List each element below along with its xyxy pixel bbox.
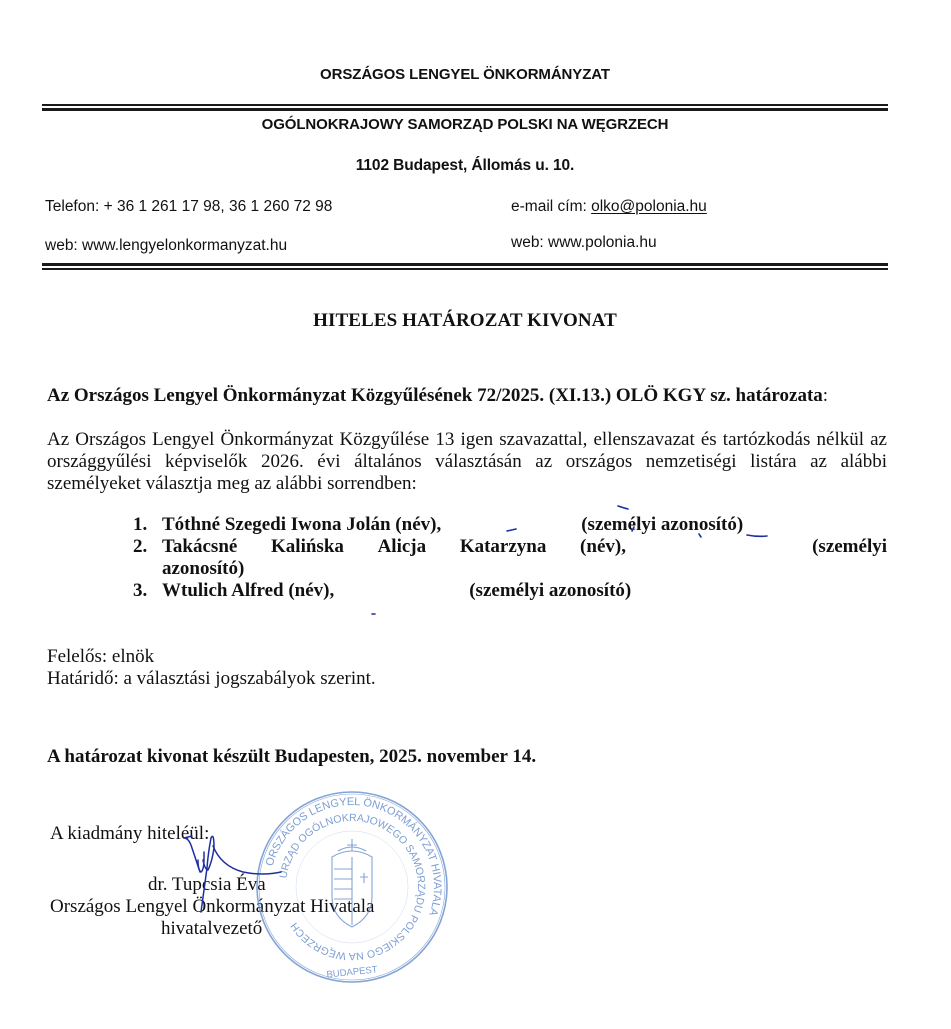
signer-name: dr. Tupcsia Éva — [148, 874, 266, 896]
candidate-name: TakácsnéKalińskaAlicjaKatarzyna(név), — [162, 536, 626, 558]
resolution-heading-colon: : — [823, 385, 828, 406]
email-contact: e-mail cím: olko@polonia.hu — [511, 198, 707, 216]
candidate-item: 3. Wtulich Alfred (név),(személyi azonos… — [133, 580, 888, 602]
resolution-heading-text: Az Országos Lengyel Önkormányzat Közgyűl… — [47, 385, 823, 406]
candidate-name: Wtulich Alfred (név), — [162, 580, 334, 601]
certification-label: A kiadmány hiteléül: — [50, 823, 209, 845]
candidate-item: 2. TakácsnéKalińskaAlicjaKatarzyna(név),… — [133, 536, 888, 580]
divider-bottom-thin — [42, 268, 888, 270]
candidate-name: Tóthné Szegedi Iwona Jolán (név), — [162, 514, 441, 535]
document-title: HITELES HATÁROZAT KIVONAT — [42, 310, 888, 332]
candidate-id-label-part: (személyi — [812, 536, 887, 558]
resolution-heading: Az Országos Lengyel Önkormányzat Közgyűl… — [47, 385, 887, 407]
email-link[interactable]: olko@polonia.hu — [591, 198, 707, 215]
signer-title: hivatalvezető — [161, 918, 262, 940]
candidate-id-label-cont: azonosító) — [162, 558, 244, 579]
org-address: 1102 Budapest, Állomás u. 10. — [42, 157, 888, 175]
candidate-number: 1. — [133, 514, 147, 536]
candidate-number: 3. — [133, 580, 147, 602]
candidate-number: 2. — [133, 536, 147, 558]
divider-top-thin — [42, 104, 888, 106]
candidate-id-label: (személyi azonosító) — [581, 514, 743, 535]
resolution-body: Az Országos Lengyel Önkormányzat Közgyűl… — [47, 429, 887, 495]
coat-of-arms-icon — [332, 839, 372, 927]
responsible-line: Felelős: elnök — [47, 646, 154, 668]
org-name-polish: OGÓLNOKRAJOWY SAMORZĄD POLSKI NA WĘGRZEC… — [42, 116, 888, 133]
divider-top-thick — [42, 108, 888, 111]
candidate-list: 1. Tóthné Szegedi Iwona Jolán (név),(sze… — [133, 514, 888, 602]
website-polish[interactable]: web: www.polonia.hu — [511, 234, 657, 252]
candidate-item: 1. Tóthné Szegedi Iwona Jolán (név),(sze… — [133, 514, 888, 536]
deadline-line: Határidő: a választási jogszabályok szer… — [47, 668, 376, 690]
website-hungarian[interactable]: web: www.lengyelonkormanyzat.hu — [45, 237, 287, 255]
phone-numbers: Telefon: + 36 1 261 17 98, 36 1 260 72 9… — [45, 198, 332, 216]
official-stamp: ORSZÁGOS LENGYEL ÖNKORMÁNYZAT HIVATALA U… — [252, 787, 452, 987]
org-name-hungarian: ORSZÁGOS LENGYEL ÖNKORMÁNYZAT — [42, 66, 888, 83]
issued-line: A határozat kivonat készült Budapesten, … — [47, 746, 536, 768]
divider-bottom-thick — [42, 263, 888, 266]
email-label: e-mail cím: — [511, 198, 591, 215]
candidate-id-label: (személyi azonosító) — [469, 580, 631, 601]
